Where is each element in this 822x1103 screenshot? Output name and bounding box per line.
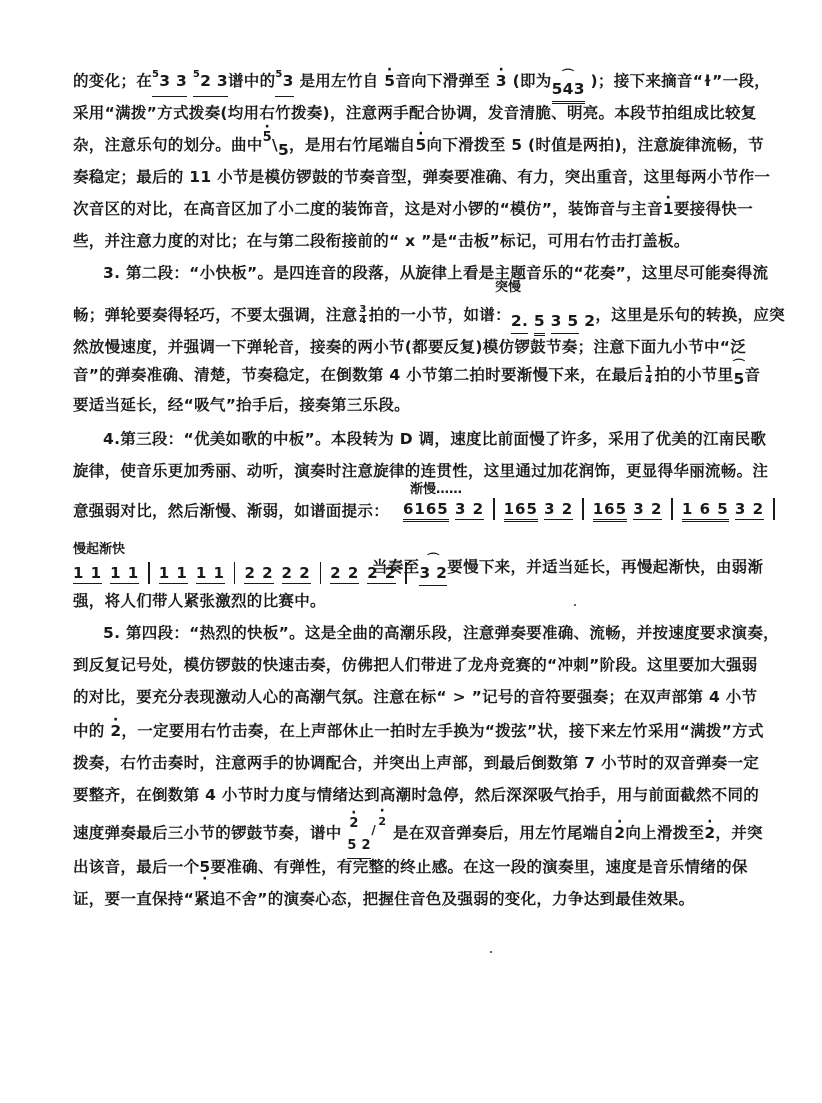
paragraph-line: 奏稳定；最后的 11 小节是模仿锣鼓的节奏音型，弹奏要准确、有力，突出重音，这里… — [73, 166, 753, 188]
paragraph-line: 然放慢速度，并强调一下弹轮音，接奏的两小节(都要反复)模仿锣鼓节奏；注意下面九小… — [73, 336, 753, 358]
jianpu-notes: 3 2 — [544, 500, 573, 520]
text: )；接下来摘音“ɫ”一段， — [591, 72, 771, 90]
paragraph-line: 采用“满拨”方式拨奏(均用右竹拨奏)，注意两手配合协调，发音清脆、明亮。本段节拍… — [73, 102, 753, 124]
jianpu-note: 5 — [278, 139, 289, 161]
paragraph-line: 3. 第二段：“小快板”。是四连音的段落，从旋律上看是主题音乐的“花奏”，这里尽… — [103, 262, 753, 284]
paragraph-line: 当奏至3 2要慢下来，并适当延长，再慢起渐快，由弱渐 — [372, 556, 762, 580]
text: 要准确、有弹性，有完整的终止感。在这一段的演奏里，速度是音乐情绪的保 — [211, 858, 748, 876]
text: 中的 — [73, 722, 105, 740]
text: 音”的弹奏准确、清楚，节奏稳定，在倒数第 4 小节第二拍时要渐慢下来，在最后 — [73, 366, 643, 384]
barline — [320, 562, 322, 584]
double-stop-notation: 2 5 2 / 2 — [347, 823, 387, 845]
jianpu-notation: 53 3 — [152, 70, 187, 97]
jianpu-note: 5 — [415, 134, 426, 156]
jianpu-note: 2 — [110, 720, 121, 742]
text: 要接得快一 — [674, 200, 753, 218]
jianpu-notation: 52 3 — [193, 70, 228, 97]
text: 音 — [745, 366, 761, 384]
barline — [582, 498, 584, 520]
barline — [148, 562, 150, 584]
jianpu-note: 5 — [199, 856, 210, 878]
time-signature: 14 — [645, 365, 652, 386]
jianpu-score: 1 11 11 11 12 22 22 22 2 — [73, 562, 416, 584]
paragraph-line: 中的 2，一定要用右竹击奏，在上声部休止一拍时左手换为“拨弦”状，接下来左竹采用… — [73, 720, 753, 742]
text: 音向下滑弹至 — [395, 72, 490, 90]
jianpu-score: 6165 3 2165 3 2165 3 21 6 5 3 2 — [403, 498, 784, 522]
scan-speck — [490, 951, 492, 953]
jianpu-note: 1 — [663, 198, 674, 220]
paragraph-line: 次音区的对比，在高音区加了小二度的装饰音，这是对小锣的“模仿”，装饰音与主音1要… — [73, 198, 753, 220]
paragraph-line: 5. 第四段：“热烈的快板”。这是全曲的高潮乐段，注意弹奏要准确、流畅，并按速度… — [103, 622, 753, 644]
barline — [234, 562, 236, 584]
jianpu-notation: 3 5 — [551, 310, 579, 334]
paragraph-line: 证，要一直保持“紧追不舍”的演奏心态，把握住音色及强弱的变化，力争达到最佳效果。 — [73, 888, 753, 910]
text: 向上滑拨至 — [625, 824, 704, 842]
paragraph-line: 到反复记号处，模仿锣鼓的快速击奏，仿佛把人们带进了龙舟竞赛的“冲刺”阶段。这里要… — [73, 654, 753, 676]
scanned-book-page: 的变化；在53 3 52 3谱中的53 是用左竹自 5音向下滑弹至 3 (即为5… — [0, 0, 822, 1103]
jianpu-notes: 165 — [593, 500, 627, 522]
time-signature: 34 — [359, 305, 366, 326]
jianpu-notes: 2 2 — [330, 564, 359, 584]
jianpu-notation: 2. — [511, 310, 528, 334]
jianpu-notes: 1 1 — [196, 564, 225, 584]
text: 拍的一小节，如谱： — [369, 306, 511, 324]
jianpu-notation: 53 — [275, 70, 293, 97]
jianpu-notes: 1 1 — [110, 564, 139, 584]
paragraph-line: 出该音，最后一个5要准确、有弹性，有完整的终止感。在这一段的演奏里，速度是音乐情… — [73, 856, 753, 878]
paragraph-line: 4.第三段：“优美如歌的中板”。本段转为 D 调，速度比前面慢了许多，采用了优美… — [103, 428, 753, 450]
jianpu-notes: 1 1 — [159, 564, 188, 584]
tempo-annotation: 渐慢…… — [410, 478, 462, 497]
jianpu-note: 5 — [534, 310, 545, 336]
paragraph-line: 杂，注意乐句的划分。曲中5\5，是用右竹尾端自5向下滑拨至 5 (时值是两拍)，… — [73, 134, 753, 158]
jianpu-notes: 1 6 5 — [682, 500, 729, 522]
jianpu-note: 2 — [704, 822, 715, 844]
paragraph-line: 些，并注意力度的对比；在与第二段衔接前的“ x ”是“击板”标记，可用右竹击打盖… — [73, 230, 753, 252]
jianpu-note: 5 — [263, 127, 272, 149]
paragraph-line: 要整齐，在倒数第 4 小节时力度与情绪达到高潮时急停，然后深深吸气抬手，用与前面… — [73, 784, 753, 806]
text: 速度弹奏最后三小节的锣鼓节奏，谱中 — [73, 824, 342, 842]
text: 要慢下来，并适当延长，再慢起渐快，由弱渐 — [447, 558, 763, 576]
text: 的变化；在 — [73, 72, 152, 90]
jianpu-notes: 165 — [504, 500, 538, 522]
scan-speck — [574, 604, 576, 606]
text: 出该音，最后一个 — [73, 858, 199, 876]
text: (即为 — [513, 72, 552, 90]
paragraph-line: 拨奏，右竹击奏时，注意两手的协调配合，并突出上声部，到最后倒数第 7 小节时的双… — [73, 752, 753, 774]
paragraph-line: 的变化；在53 3 52 3谱中的53 是用左竹自 5音向下滑弹至 3 (即为5… — [73, 70, 753, 97]
text: 是用左竹自 — [299, 72, 378, 90]
jianpu-note: 2 — [614, 822, 625, 844]
jianpu-notes: 2 2 — [244, 564, 273, 584]
text: 谱中的 — [228, 72, 275, 90]
tempo-annotation: 慢起渐快 — [73, 538, 125, 557]
jianpu-note: 5 — [384, 70, 395, 92]
jianpu-notes-fermata: 3 2 — [419, 562, 447, 586]
scan-speck — [420, 902, 422, 904]
paragraph-line: 畅；弹轮要奏得轻巧，不要太强调，注意34拍的一小节，如谱：2. 5 3 5 2，… — [73, 304, 753, 330]
text: 次音区的对比，在高音区加了小二度的装饰音，这是对小锣的“模仿”，装饰音与主音 — [73, 200, 663, 218]
text: ，是用右竹尾端自 — [289, 136, 415, 154]
text: ，一定要用右竹击奏，在上声部休止一拍时左手换为“拨弦”状，接下来左竹采用“满拨”… — [121, 722, 763, 740]
paragraph-line: 的对比，要充分表现激动人心的高潮气氛。注意在标“ > ”记号的音符要强奏；在双声… — [73, 686, 753, 708]
jianpu-note: 3 — [496, 70, 507, 92]
jianpu-notes: 1 1 — [73, 564, 102, 584]
barline — [773, 498, 775, 520]
text: ，并突 — [715, 824, 762, 842]
text: 畅；弹轮要奏得轻巧，不要太强调，注意 — [73, 306, 357, 324]
text: ，这里是乐句的转换，应突 — [595, 306, 785, 324]
jianpu-notes: 6165 — [403, 500, 449, 522]
paragraph-line: 强，将人们带人紧张激烈的比赛中。 — [73, 590, 753, 612]
text: 向下滑拨至 5 (时值是两拍)，注意旋律流畅，节 — [427, 136, 764, 154]
text: 是在双音弹奏后，用左竹尾端自 — [393, 824, 614, 842]
jianpu-note-fermata: 5 — [733, 368, 744, 390]
jianpu-notes: 3 2 — [455, 500, 484, 520]
jianpu-notation: 543 — [552, 78, 585, 104]
jianpu-notes: 3 2 — [633, 500, 662, 520]
paragraph-line: 音”的弹奏准确、清楚，节奏稳定，在倒数第 4 小节第二拍时要渐慢下来，在最后14… — [73, 364, 753, 386]
text: 当奏至 — [372, 558, 419, 576]
jianpu-notes: 3 2 — [735, 500, 764, 520]
jianpu-notes: 2 2 — [282, 564, 311, 584]
text: 拍的小节里 — [654, 366, 733, 384]
barline — [493, 498, 495, 520]
text: 杂，注意乐句的划分。曲中 — [73, 136, 263, 154]
paragraph-line: 要适当延长，经“吸气”抬手后，接奏第三乐段。 — [73, 394, 753, 416]
paragraph-line: 速度弹奏最后三小节的锣鼓节奏，谱中 2 5 2 / 2 是在双音弹奏后，用左竹尾… — [73, 822, 753, 845]
barline — [671, 498, 673, 520]
tempo-annotation: 突慢 — [495, 276, 521, 295]
jianpu-note: 2 — [584, 310, 595, 332]
